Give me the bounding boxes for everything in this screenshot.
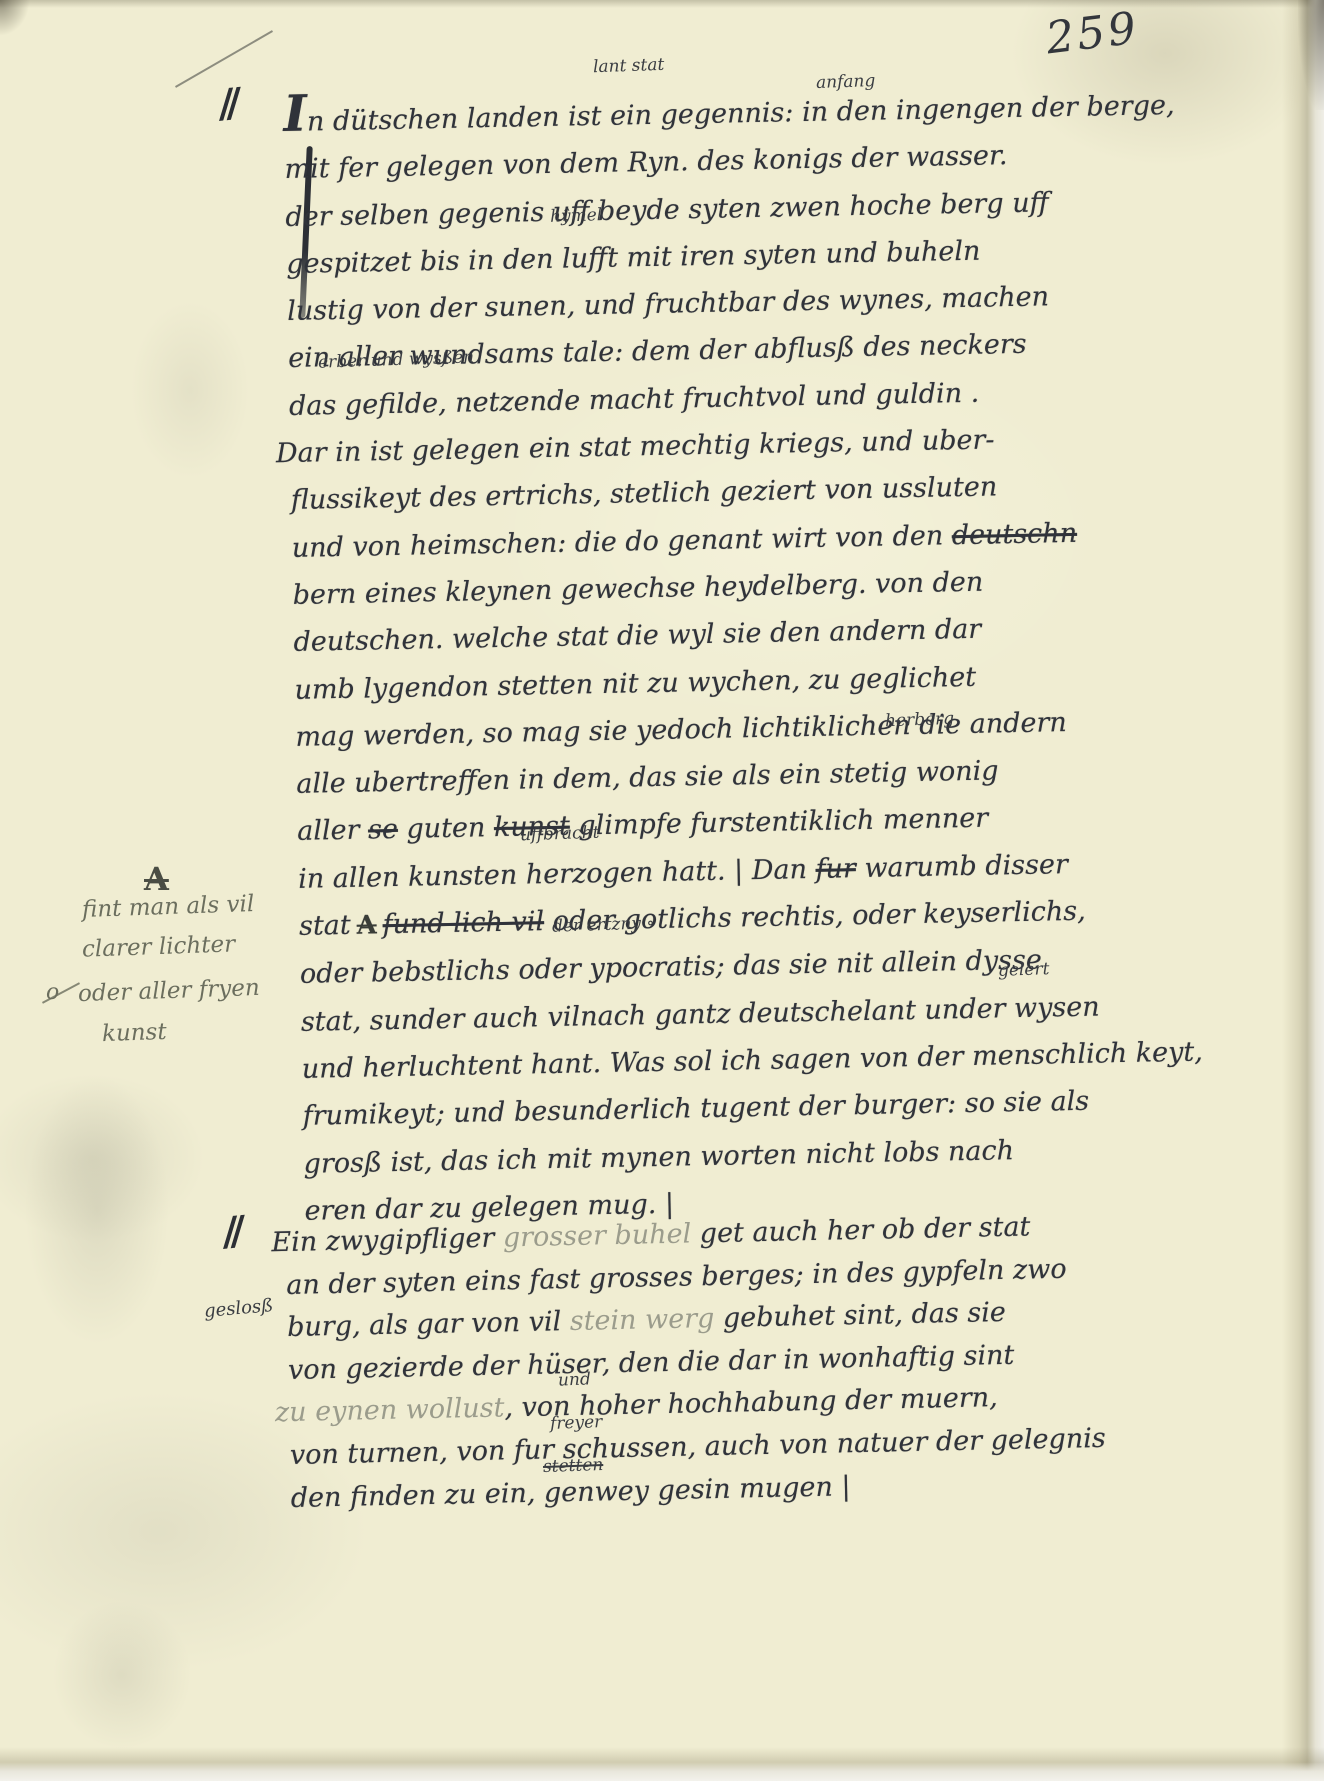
corner-shadow-top-right bbox=[1298, 0, 1324, 110]
page-right-edge bbox=[1282, 0, 1324, 1781]
interlinear-gloss: der ertzny ∘ bbox=[552, 913, 655, 937]
interlinear-gloss: und bbox=[558, 1369, 591, 1390]
text-segment: get auch her ob der stat bbox=[691, 1211, 1031, 1249]
text-segment: Dar in ist gelegen ein stat mechtig krie… bbox=[276, 424, 995, 469]
paragraph-1: In dütschen landen ist ein gegennis: in … bbox=[283, 73, 1206, 1235]
paper-stain bbox=[22, 1070, 172, 1350]
faded-text: zu eynen wollust bbox=[275, 1393, 505, 1429]
interlinear-gloss: uffbracht bbox=[520, 823, 600, 846]
text-segment: der selben gegenis uff beyde syten zwen … bbox=[285, 187, 1049, 233]
page-bottom-edge bbox=[0, 1747, 1324, 1781]
struck-text: fur bbox=[815, 853, 856, 885]
text-segment: stat, sunder auch vilnach gantz deutsche… bbox=[301, 991, 1100, 1037]
struck-text: se bbox=[368, 814, 398, 846]
margin-gloss: geslosß bbox=[203, 1295, 274, 1322]
paragraph-mark-icon: ∥ bbox=[217, 1211, 247, 1255]
interlinear-gloss: anfang bbox=[816, 71, 876, 93]
text-segment: warumb disser bbox=[856, 849, 1069, 884]
text-segment: In dütschen landen ist ein gegennis: in … bbox=[283, 90, 1174, 138]
text-segment: lustig von der sunen, und fruchtbar des … bbox=[287, 282, 1049, 328]
paper-stain bbox=[130, 300, 250, 480]
struck-text: fund lich vil bbox=[382, 906, 544, 940]
text-segment: deutschen. welche stat die wyl sie den a… bbox=[293, 614, 981, 658]
text-segment: Ein zwygipfliger bbox=[271, 1222, 503, 1258]
faded-text: stein werg bbox=[569, 1303, 714, 1337]
interlinear-gloss: herberg bbox=[885, 709, 955, 731]
text-segment: alle ubertreffen in dem, das sie als ein… bbox=[296, 756, 999, 800]
text-segment: bern eines kleynen gewechse heydelberg. … bbox=[292, 567, 983, 611]
text-segment: burg, als gar von vil bbox=[287, 1306, 570, 1343]
text-segment: aller bbox=[297, 815, 368, 847]
interlinear-gloss: freyer bbox=[550, 1412, 603, 1434]
text-segment: grosß ist, das ich mit mynen worten nich… bbox=[303, 1135, 1014, 1180]
insertion-caret: A bbox=[350, 910, 382, 941]
margin-caret-mark: A bbox=[144, 860, 169, 898]
text-segment: stat bbox=[299, 910, 351, 942]
interlinear-gloss: hŷmel bbox=[550, 205, 603, 227]
manuscript-page: 259 ∥ ∥ In dütschen landen ist ein gegen… bbox=[0, 0, 1324, 1781]
paragraph-mark-icon: ∥ bbox=[213, 83, 243, 127]
text-segment: flussikeyt des ertrichs, stetlich gezier… bbox=[291, 472, 998, 517]
text-segment: in allen kunsten herzogen hatt. | Dan bbox=[298, 854, 816, 895]
page-number: 259 bbox=[1043, 3, 1142, 65]
interlinear-gloss-struck: stetten bbox=[543, 1455, 604, 1477]
margin-note: oder aller fryen bbox=[78, 975, 261, 1007]
text-segment: mit fer gelegen von dem Ryn. des konigs … bbox=[284, 140, 1008, 185]
paper-stain bbox=[52, 1600, 192, 1750]
faded-text: grosser buhel bbox=[503, 1218, 692, 1253]
interlinear-gloss: gelert bbox=[998, 959, 1050, 981]
text-segment: guten bbox=[398, 813, 495, 846]
text-segment: das gefilde, netzende macht fruchtvol un… bbox=[289, 377, 980, 421]
text-segment: glimpfe furstentiklich menner bbox=[570, 803, 989, 842]
text-segment: oder bebstlichs oder ypocratis; das sie … bbox=[300, 945, 1042, 990]
text-segment: gebuhet sint, das sie bbox=[714, 1297, 1006, 1334]
corner-shadow-top-left bbox=[0, 0, 30, 36]
margin-note: kunst bbox=[102, 1019, 167, 1047]
struck-text: deutschn bbox=[952, 518, 1078, 551]
interlinear-gloss: lant stat bbox=[593, 55, 665, 77]
pen-flourish bbox=[175, 30, 273, 88]
margin-note: fint man als vil bbox=[82, 891, 255, 923]
text-segment: frumikeyt; und besunderlich tugent der b… bbox=[302, 1086, 1089, 1132]
text-segment: den finden zu ein, genwey gesin mugen | bbox=[290, 1471, 850, 1514]
text-segment: umb lygendon stetten nit zu wychen, zu g… bbox=[294, 661, 976, 705]
text-segment: und von heimschen: die do genant wirt vo… bbox=[291, 520, 952, 564]
paragraph-2: Ein zwygipfliger grosser buhel get auch … bbox=[285, 1205, 1107, 1520]
text-segment: gespitzet bis in den lufft mit iren syte… bbox=[286, 236, 981, 280]
margin-note: clarer lichter bbox=[82, 931, 236, 962]
